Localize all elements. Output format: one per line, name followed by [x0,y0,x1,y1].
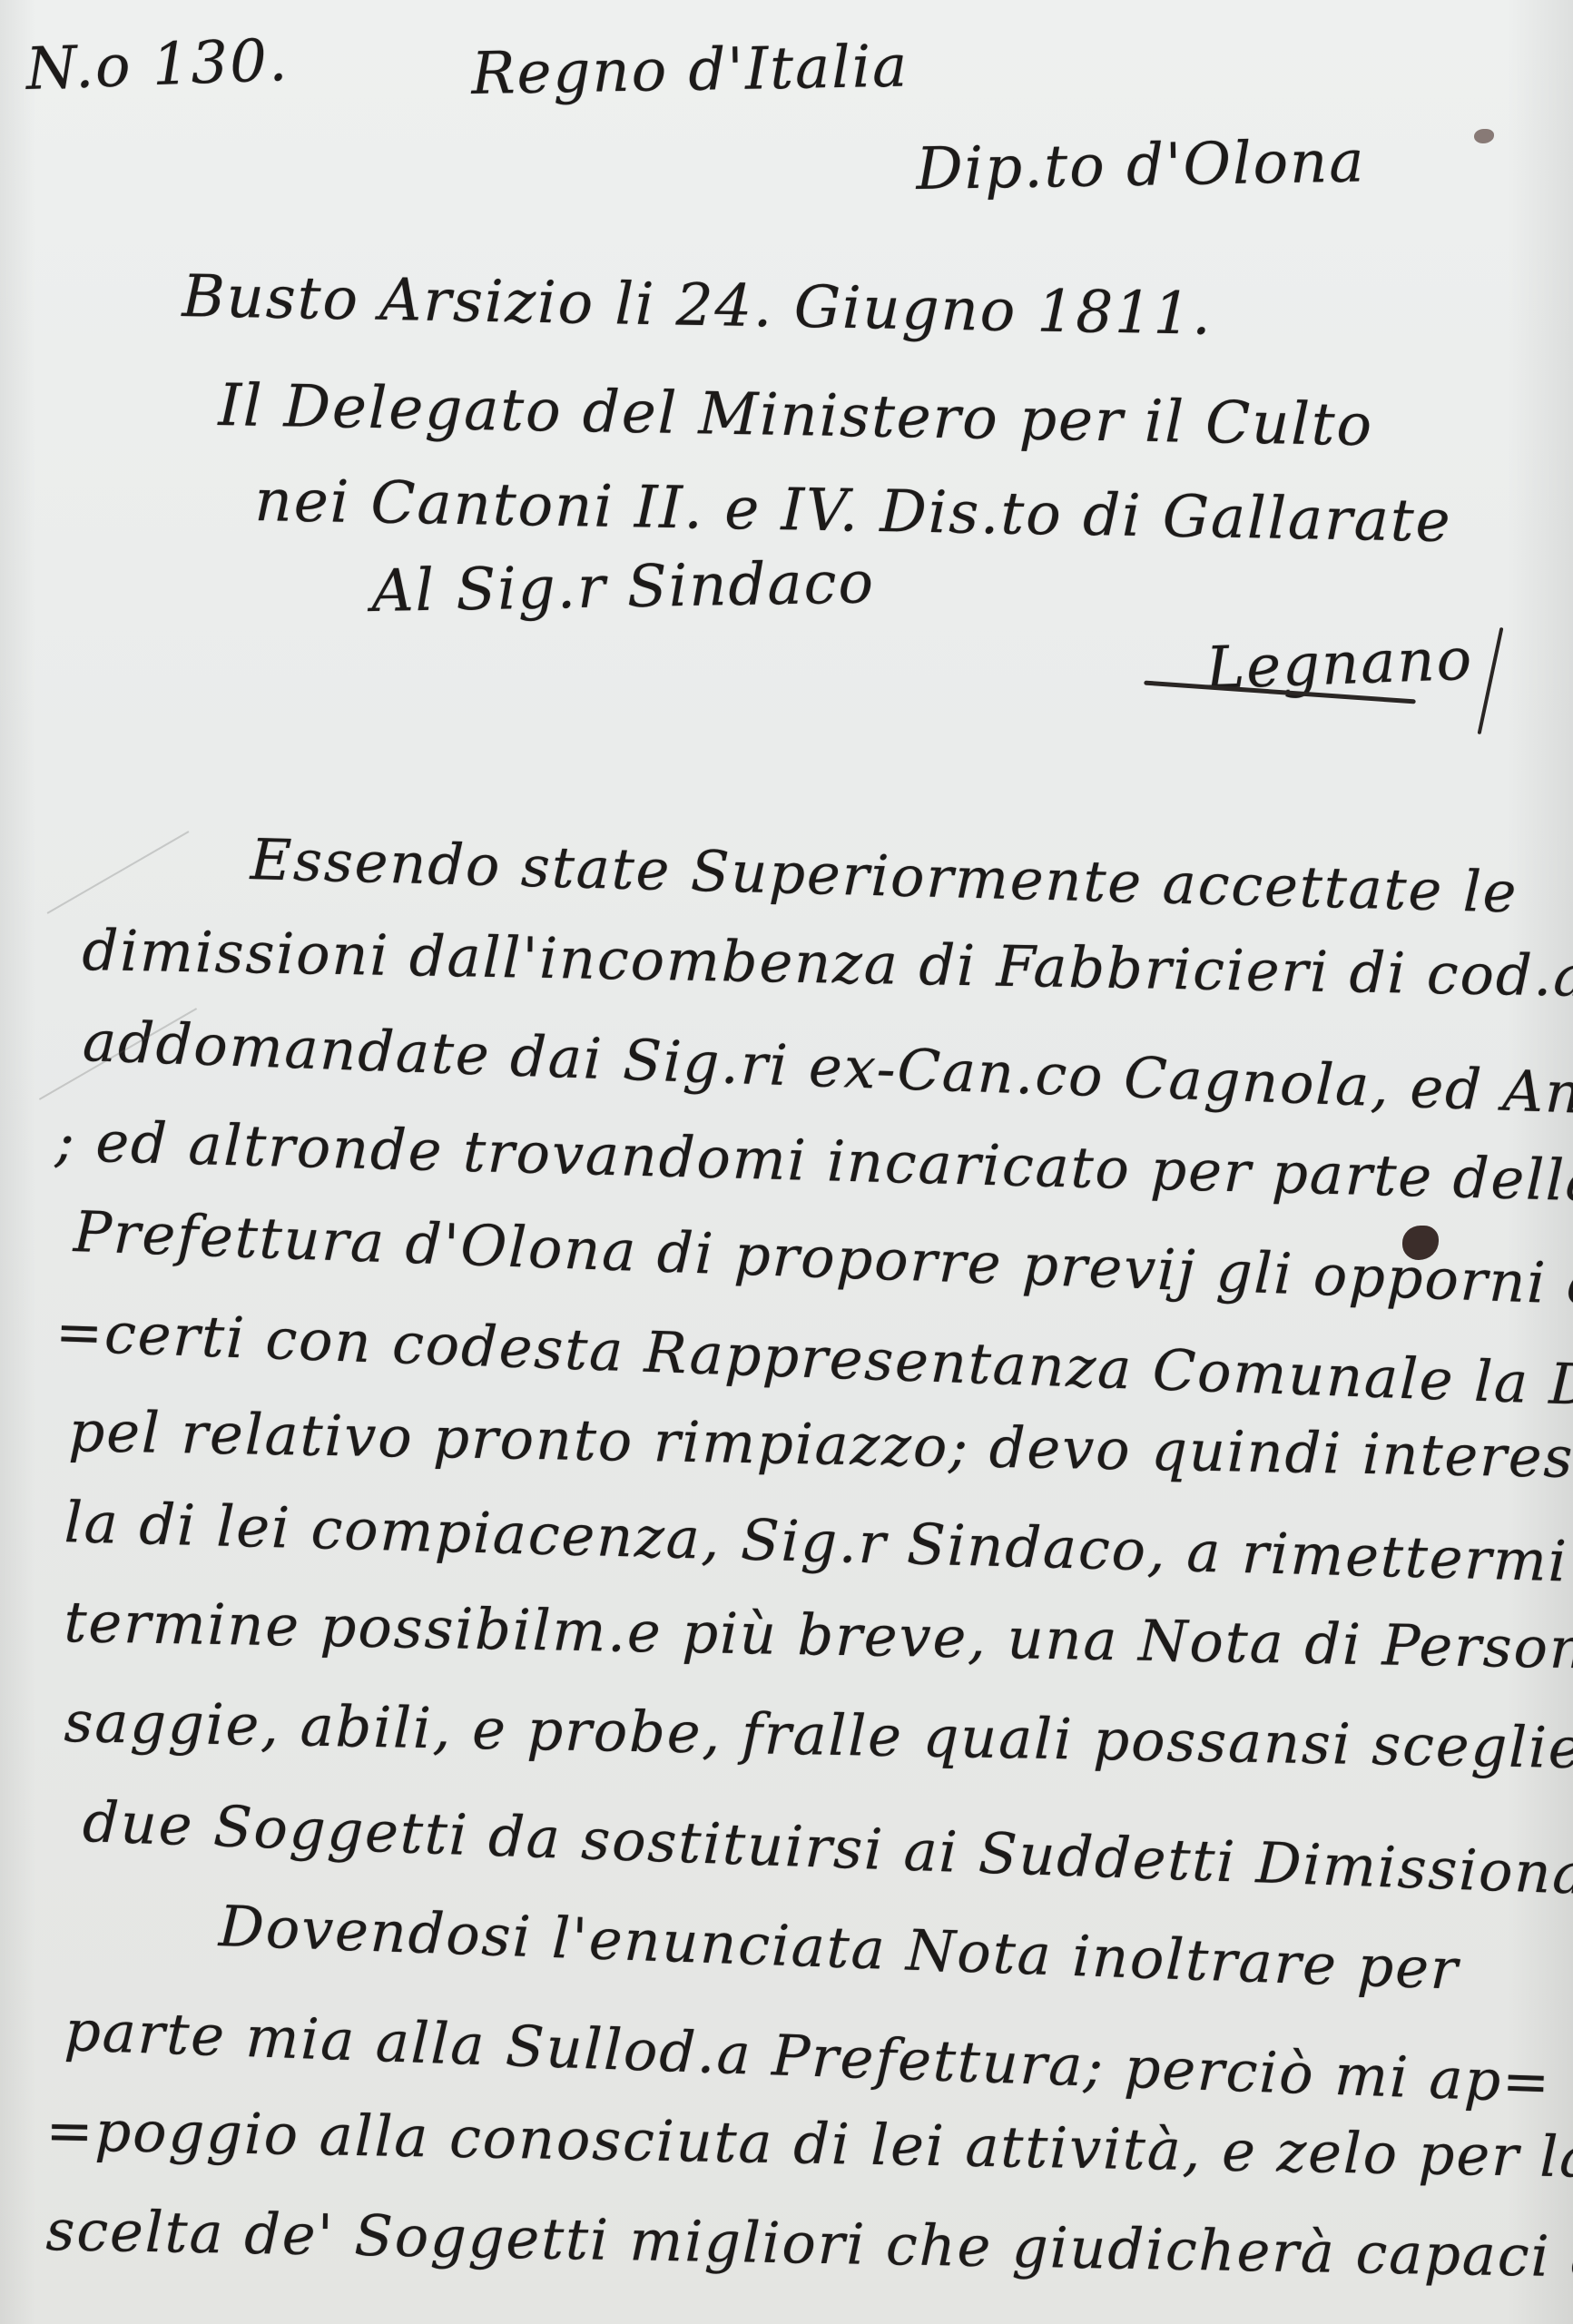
body-line: =poggio alla conosciuta di lei attività,… [45,2097,1573,2191]
body-line: due Soggetti da sostituirsi ai Suddetti … [82,1788,1573,1909]
body-line: termine possibilm.e più breve, una Nota … [64,1589,1573,1682]
heading-state: Regno d'Italia [471,34,909,108]
body-line: Essendo state Superiormente accettate le [250,826,1519,926]
document-number: N.o 130. [25,27,290,103]
heading-department: Dip.to d'Olona [916,128,1366,203]
recipient-bracket [1478,627,1504,734]
body-line: dimissioni dall'incombenza di Fabbricier… [82,917,1573,1012]
body-line: Prefettura d'Olona di proporre previj gl… [73,1198,1573,1322]
body-line: Dovendosi l'enunciata Nota inoltrare per [218,1893,1460,2003]
sender-line-2: nei Cantoni II. e IV. Dis.to di Gallarat… [254,468,1452,556]
faint-bleedthrough [47,831,190,914]
recipient: Al Sig.r Sindaco [371,549,876,625]
body-line: scelta de' Soggetti migliori che giudich… [45,2197,1573,2290]
body-line: saggie, abili, e probe, fralle quali pos… [64,1689,1573,1782]
body-line: la di lei compiacenza, Sig.r Sindaco, a … [64,1489,1573,1598]
body-line: parte mia alla Sullod.a Prefettura; perc… [64,1997,1552,2115]
place-date: Busto Arsizio li 24. Giugno 1811. [182,263,1213,349]
sender-line-1: Il Delegato del Ministero per il Culto [218,372,1374,459]
body-line: pel relativo pronto rimpiazzo; devo quin… [68,1398,1573,1492]
paper-stain [1474,129,1494,143]
document-page: N.o 130. Regno d'Italia Dip.to d'Olona B… [0,0,1573,2324]
body-line: ; ed altronde trovandomi incaricato per … [54,1108,1573,1215]
